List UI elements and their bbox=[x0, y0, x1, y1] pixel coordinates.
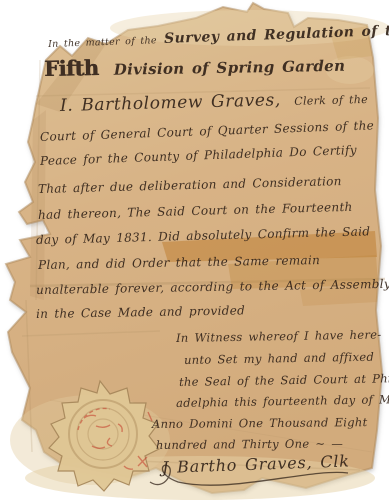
division-rest: Division of Spring Garden bbox=[114, 57, 346, 79]
header-intro: In the matter of the bbox=[48, 35, 157, 50]
clerk-title: Clerk of the bbox=[294, 93, 368, 108]
scanned-manuscript-page: In the matter of the Survey and Regulati… bbox=[0, 0, 389, 500]
division-word: Fifth bbox=[44, 55, 99, 81]
closing-line: Anno Domini One Thousand Eight bbox=[152, 415, 368, 431]
division-line: Fifth Division of Spring Garden bbox=[44, 51, 346, 81]
closing-line: hundred and Thirty One ~ — bbox=[156, 436, 343, 452]
